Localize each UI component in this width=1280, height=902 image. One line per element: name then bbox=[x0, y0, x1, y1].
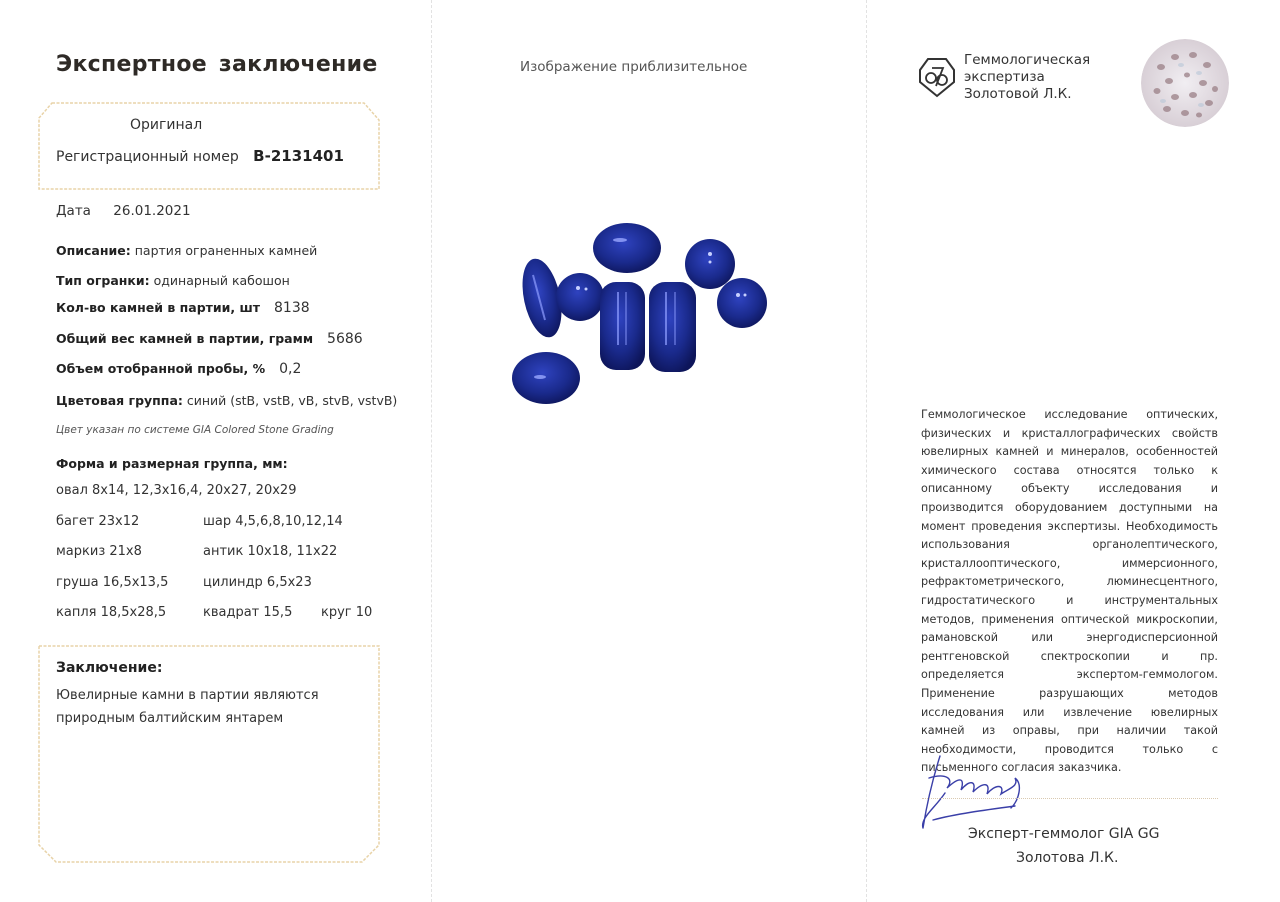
gem-logo-icon bbox=[918, 56, 956, 98]
size-drop: капля 18,5x28,5 bbox=[56, 605, 166, 620]
field-value: 5686 bbox=[327, 331, 363, 347]
size-cylinder: цилиндр 6,5x23 bbox=[203, 575, 312, 590]
conclusion-title: Заключение: bbox=[56, 660, 162, 676]
size-antique: антик 10x18, 11x22 bbox=[203, 544, 337, 559]
sizes-title: Форма и размерная группа, мм: bbox=[56, 456, 288, 471]
document-title: Экспертное заключение bbox=[56, 52, 378, 77]
size-row: багет 23x12 шар 4,5,6,8,10,12,14 bbox=[56, 514, 139, 529]
field-value: партия ограненных камней bbox=[135, 243, 318, 258]
fold-line-right bbox=[866, 0, 867, 902]
size-row: капля 18,5x28,5 квадрат 15,5 круг 10 bbox=[56, 605, 166, 620]
field-label: Описание: bbox=[56, 243, 131, 258]
conclusion-box bbox=[38, 645, 380, 863]
size-row: маркиз 21x8 антик 10x18, 11x22 bbox=[56, 544, 142, 559]
field-label: Тип огранки: bbox=[56, 273, 150, 288]
size-square: квадрат 15,5 bbox=[203, 605, 292, 620]
org-line: Геммологическая bbox=[964, 52, 1090, 69]
field-value: синий (stB, vstB, vB, stvB, vstvB) bbox=[187, 393, 397, 408]
field-cut-type: Тип огранки: одинарный кабошон bbox=[56, 273, 290, 288]
registration-number: B-2131401 bbox=[253, 147, 344, 165]
registration-line: Регистрационный номер B-2131401 bbox=[56, 147, 344, 165]
signature-image bbox=[915, 748, 1035, 838]
size-row: груша 16,5x13,5 цилиндр 6,5x23 bbox=[56, 575, 168, 590]
expert-title: Эксперт-геммолог GIA GG bbox=[968, 826, 1159, 842]
field-label: Кол-во камней в партии, шт bbox=[56, 300, 260, 315]
field-value: 0,2 bbox=[279, 361, 301, 377]
fold-line-left bbox=[431, 0, 432, 902]
field-label: Общий вес камней в партии, грамм bbox=[56, 331, 313, 346]
registration-box bbox=[38, 102, 380, 190]
conclusion-text: Ювелирные камни в партии являются природ… bbox=[56, 684, 356, 730]
color-note: Цвет указан по системе GIA Colored Stone… bbox=[56, 424, 334, 436]
image-caption: Изображение приблизительное bbox=[520, 59, 747, 75]
org-line: Золотовой Л.К. bbox=[964, 86, 1090, 103]
field-label: Объем отобранной пробы, % bbox=[56, 361, 265, 376]
date-value: 26.01.2021 bbox=[113, 203, 190, 219]
organization-name: Геммологическая экспертиза Золотовой Л.К… bbox=[964, 52, 1090, 103]
field-color-group: Цветовая группа: синий (stB, vstB, vB, s… bbox=[56, 393, 397, 408]
size-marquise: маркиз 21x8 bbox=[56, 544, 142, 559]
size-pear: груша 16,5x13,5 bbox=[56, 575, 168, 590]
signature-line bbox=[922, 798, 1218, 799]
date-line: Дата 26.01.2021 bbox=[56, 203, 191, 219]
field-label: Цветовая группа: bbox=[56, 393, 183, 408]
original-label: Оригинал bbox=[130, 117, 202, 133]
size-baguette: багет 23x12 bbox=[56, 514, 139, 529]
field-sample-volume: Объем отобранной пробы, % 0,2 bbox=[56, 361, 301, 377]
org-line: экспертиза bbox=[964, 69, 1090, 86]
stones-image bbox=[500, 210, 800, 410]
field-total-weight: Общий вес камней в партии, грамм 5686 bbox=[56, 331, 363, 347]
hologram-seal-icon bbox=[1141, 39, 1229, 127]
field-stone-count: Кол-во камней в партии, шт 8138 bbox=[56, 300, 310, 316]
size-row: овал 8x14, 12,3x16,4, 20x27, 20x29 bbox=[56, 483, 296, 498]
field-description: Описание: партия ограненных камней bbox=[56, 243, 317, 258]
size-round: круг 10 bbox=[321, 605, 372, 620]
field-value: 8138 bbox=[274, 300, 310, 316]
expert-name: Золотова Л.К. bbox=[1016, 850, 1118, 866]
field-value: одинарный кабошон bbox=[154, 273, 290, 288]
registration-label: Регистрационный номер bbox=[56, 149, 239, 165]
date-label: Дата bbox=[56, 203, 91, 219]
size-ball: шар 4,5,6,8,10,12,14 bbox=[203, 514, 343, 529]
size-oval: овал 8x14, 12,3x16,4, 20x27, 20x29 bbox=[56, 483, 296, 498]
disclaimer-text: Геммологическое исследование оптических,… bbox=[921, 406, 1218, 778]
